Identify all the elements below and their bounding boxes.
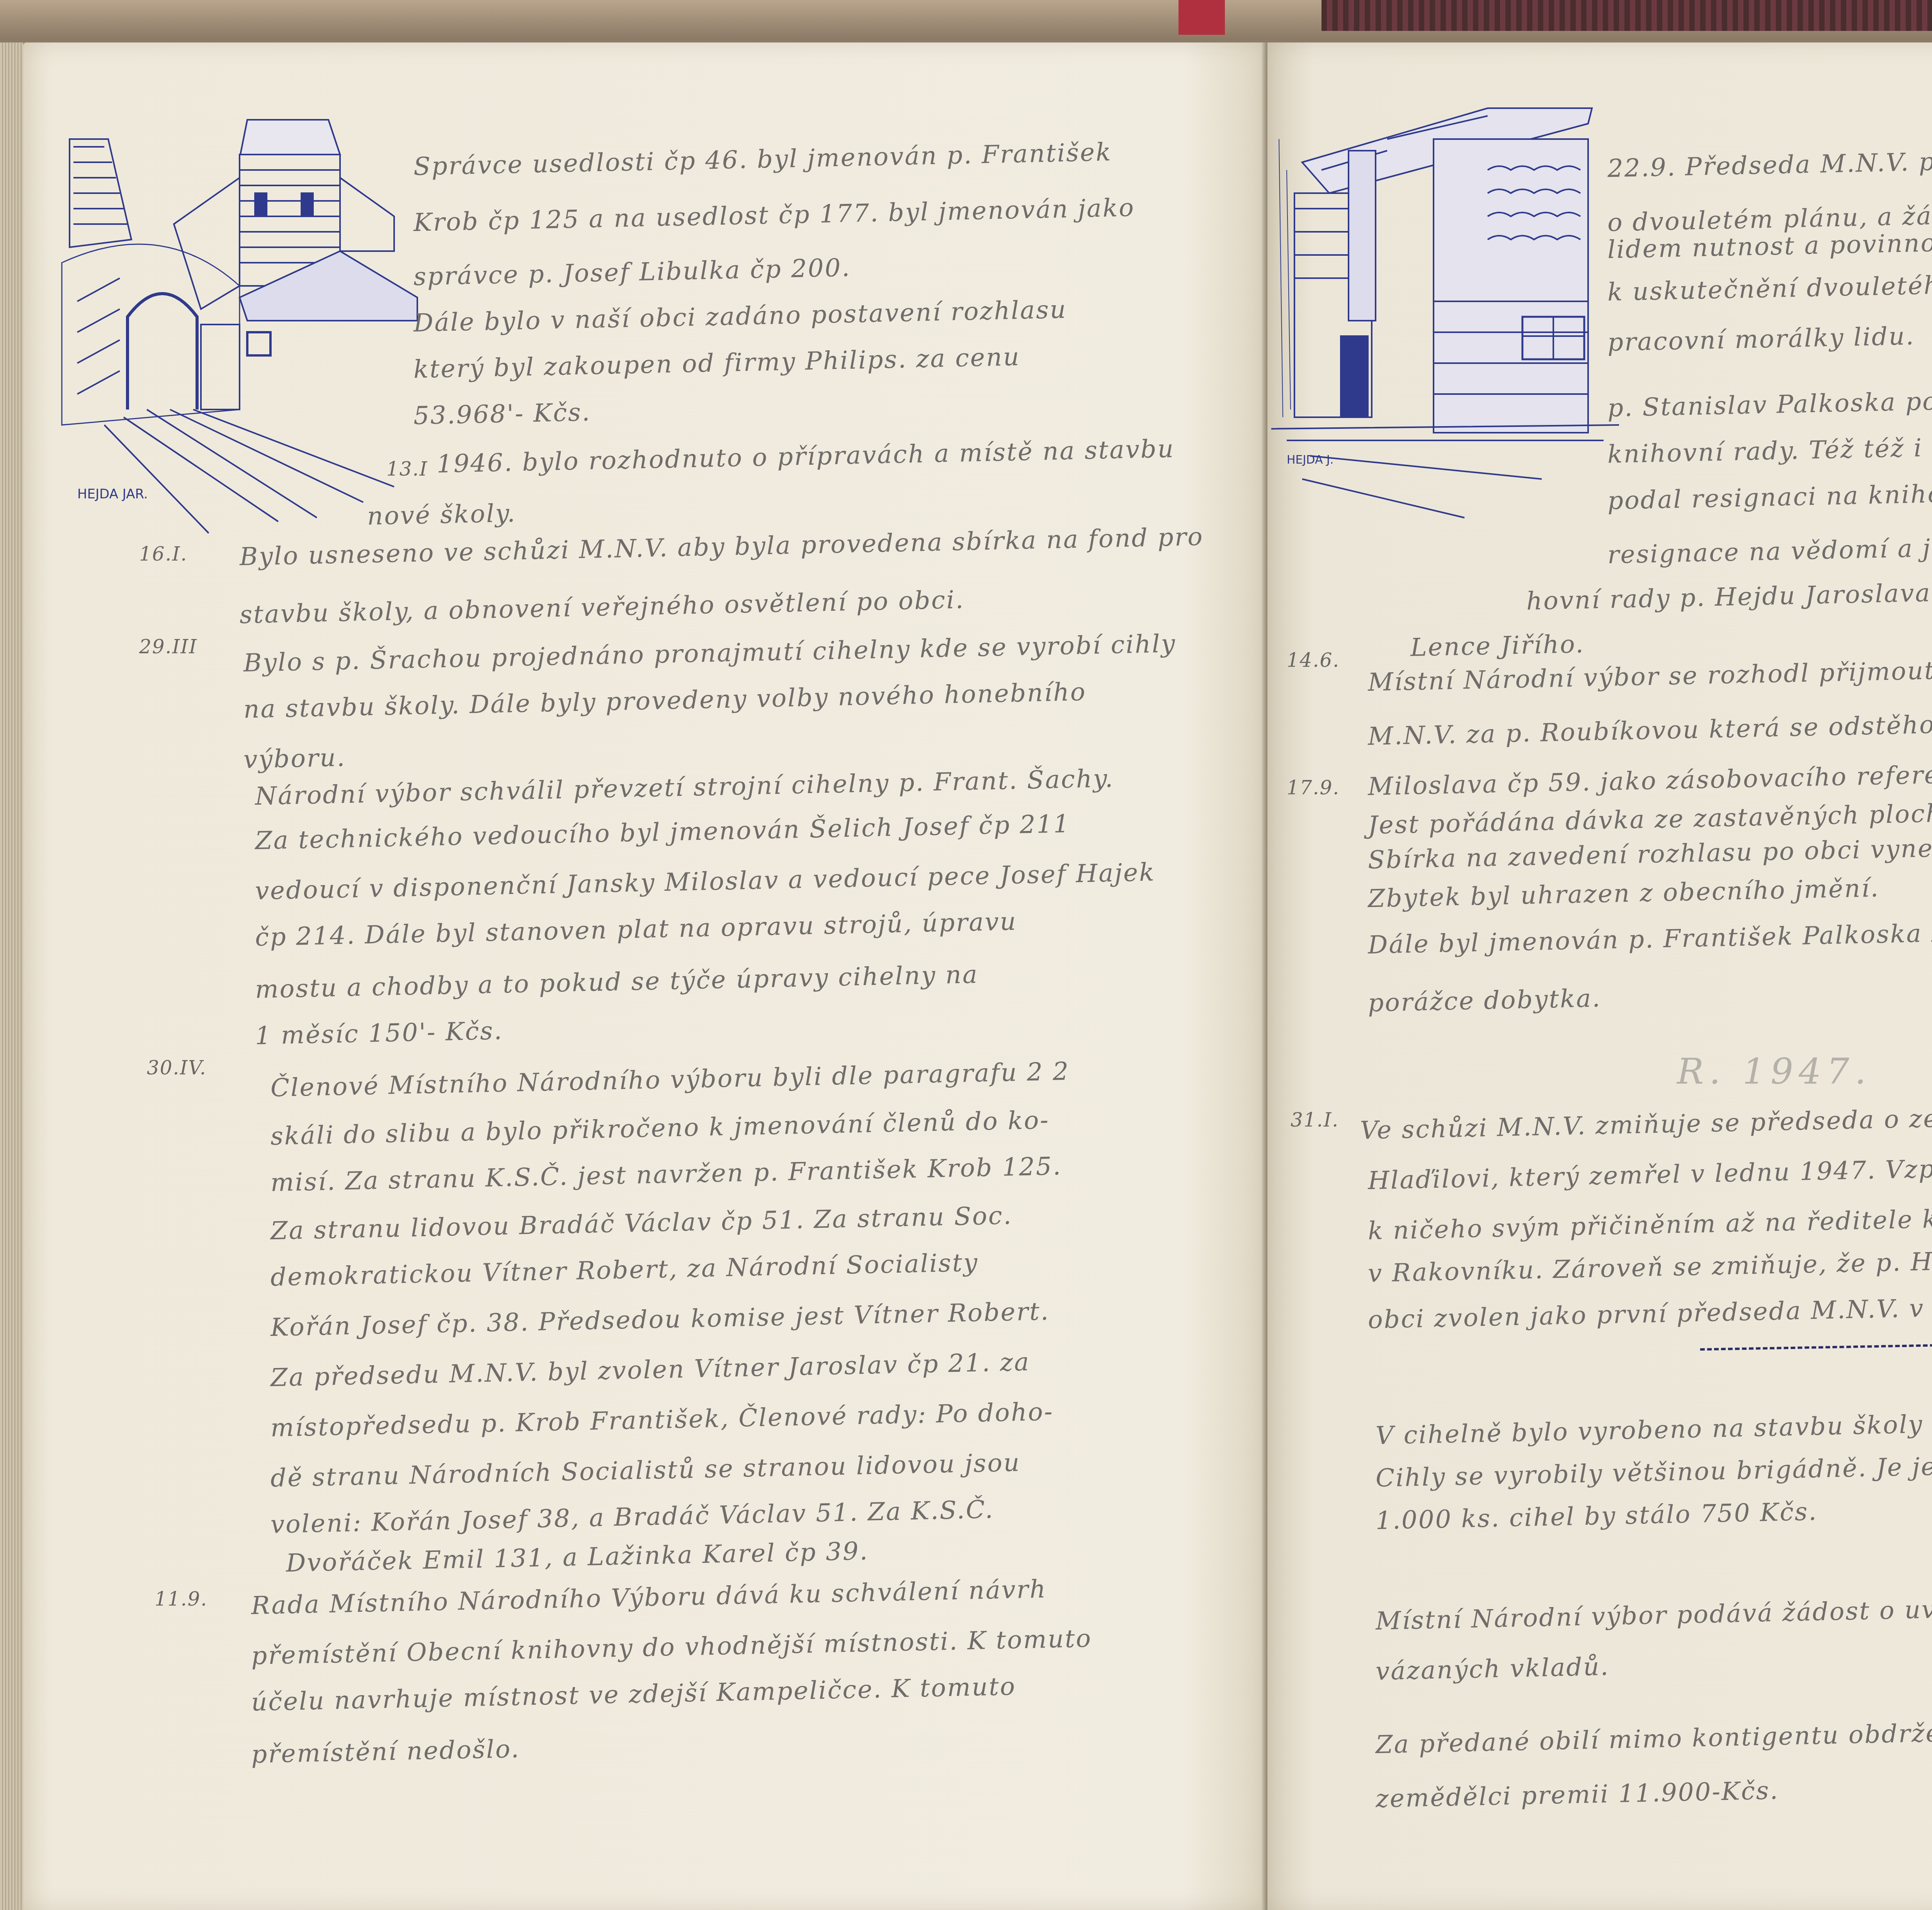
entry-date: 11.9.: [155, 1588, 207, 1610]
book-cover-cloth: [1321, 0, 1932, 31]
entry-date: 17.9.: [1287, 777, 1340, 799]
text-line: 53.968'- Kčs.: [413, 398, 591, 430]
entry-date: 30.IV.: [147, 1057, 207, 1079]
timber-house-sketch-icon: HEJDA J.: [1271, 93, 1619, 595]
sketch-signature: HEJDA JAR.: [77, 486, 148, 502]
text-line: výboru.: [243, 743, 346, 774]
text-line: 1 měsíc 150'- Kčs.: [255, 1017, 503, 1050]
entry-date: 31.I.: [1291, 1109, 1339, 1131]
text-line: nové školy.: [367, 499, 516, 531]
entry-date: 14.6.: [1287, 649, 1340, 671]
entry-date: 13.I: [386, 458, 428, 480]
left-page-edges: [0, 42, 23, 1910]
text-line: vázaných vkladů.: [1375, 1652, 1609, 1686]
sketch-signature: HEJDA J.: [1287, 453, 1333, 467]
bookmark-ribbon: [1179, 0, 1225, 35]
text-line: porážce dobytka.: [1367, 984, 1601, 1018]
text-line: Lence Jiřího.: [1410, 630, 1585, 662]
gate-tower-sketch-icon: HEJDA JAR.: [46, 116, 433, 541]
entry-date: 29.III: [139, 636, 197, 658]
text-line: přemístění nedošlo.: [251, 1735, 520, 1769]
year-heading: R. 1947.: [1677, 1051, 1871, 1092]
entry-date: 16.I.: [139, 543, 187, 565]
